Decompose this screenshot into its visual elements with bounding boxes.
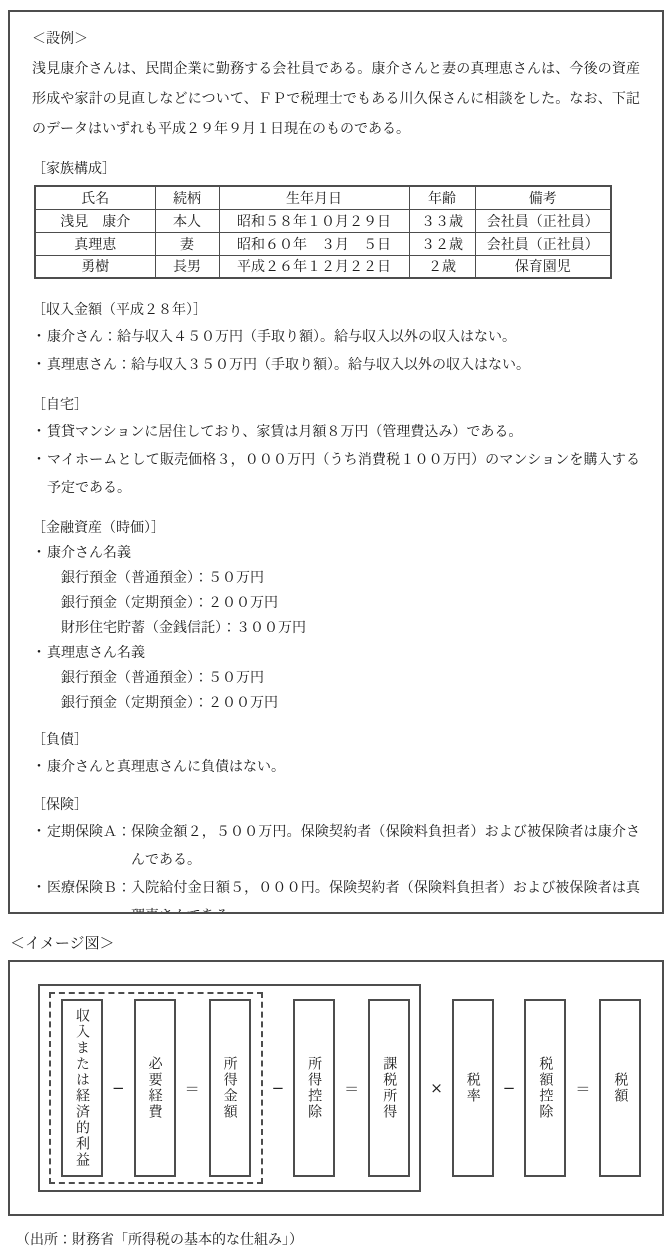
home-item-text: 賃貸マンションに居住しており、家賃は月額８万円（管理費込み）である。 bbox=[47, 418, 640, 446]
diagram-label: ＜イメージ図＞ bbox=[10, 932, 115, 954]
insurance-item-text: 入院給付金日額５，０００円。保険契約者（保険料負担者）および被保険者は真理恵さん… bbox=[131, 874, 640, 914]
debt-section-label: ［負債］ bbox=[32, 727, 640, 753]
assets-owner: ・ 真理恵さん名義 bbox=[32, 641, 640, 666]
member-note: 会社員（正社員） bbox=[475, 209, 611, 232]
bullet-marker: ・ bbox=[32, 418, 47, 446]
assets-section-label: ［金融資産（時価）］ bbox=[32, 515, 640, 541]
member-age: ２歳 bbox=[409, 255, 475, 278]
source-caption: （出所：財務省「所得税の基本的な仕組み」） bbox=[16, 1228, 303, 1252]
bullet-marker: ・ bbox=[32, 753, 47, 781]
bullet-marker: ・ bbox=[32, 323, 47, 351]
document-page: ＜設例＞ 浅見康介さんは、民間企業に勤務する会社員である。康介さんと妻の真理恵さ… bbox=[0, 0, 672, 1259]
member-age: ３３歳 bbox=[409, 209, 475, 232]
income-to-taxable-group-box: 収入または経済的利益 − 必要経費 ＝ 所得金額 − 所得控除 ＝ 課税所得 bbox=[38, 984, 421, 1192]
bullet-marker: ・ bbox=[32, 351, 47, 379]
assets-owner-block: ・ 真理恵さん名義 銀行預金（普通預金）：５０万円 銀行預金（定期預金）：２００… bbox=[32, 641, 640, 716]
insurance-section-label: ［保険］ bbox=[32, 792, 640, 818]
home-item: ・ 賃貸マンションに居住しており、家賃は月額８万円（管理費込み）である。 bbox=[32, 418, 640, 446]
member-birth: 昭和６０年 ３月 ５日 bbox=[219, 232, 409, 255]
assets-account-list: 銀行預金（普通預金）：５０万円 銀行預金（定期預金）：２００万円 財形住宅貯蓄（… bbox=[61, 566, 640, 641]
asset-account: 銀行預金（定期預金）：２００万円 bbox=[61, 691, 640, 716]
diagram-box-income-amount: 所得金額 bbox=[209, 999, 251, 1177]
assets-owner-name: 康介さん名義 bbox=[47, 541, 640, 566]
family-header-birth: 生年月日 bbox=[219, 186, 409, 209]
member-note: 会社員（正社員） bbox=[475, 232, 611, 255]
home-item: ・ マイホームとして販売価格３，０００万円（うち消費税１００万円）のマンションを… bbox=[32, 446, 640, 502]
bullet-marker: ・ bbox=[32, 446, 47, 502]
asset-account: 銀行預金（定期預金）：２００万円 bbox=[61, 591, 640, 616]
operator-equals: ＝ bbox=[344, 1078, 359, 1099]
member-relation: 妻 bbox=[155, 232, 219, 255]
assets-owner-name: 真理恵さん名義 bbox=[47, 641, 640, 666]
assets-owner: ・ 康介さん名義 bbox=[32, 541, 640, 566]
member-birth: 平成２６年１２月２２日 bbox=[219, 255, 409, 278]
operator-minus: − bbox=[112, 1079, 125, 1097]
income-calculation-dashed-box: 収入または経済的利益 − 必要経費 ＝ 所得金額 bbox=[49, 992, 263, 1184]
member-age: ３２歳 bbox=[409, 232, 475, 255]
family-table-row: 勇樹 長男 平成２６年１２月２２日 ２歳 保育園児 bbox=[35, 255, 611, 278]
operator-equals: ＝ bbox=[575, 1078, 590, 1099]
bullet-marker: ・ bbox=[32, 541, 47, 566]
operator-minus: − bbox=[503, 1079, 516, 1097]
family-section-label: ［家族構成］ bbox=[32, 156, 640, 182]
member-name: 真理恵 bbox=[35, 232, 155, 255]
family-table-row: 真理恵 妻 昭和６０年 ３月 ５日 ３２歳 会社員（正社員） bbox=[35, 232, 611, 255]
tax-flow-diagram: 収入または経済的利益 − 必要経費 ＝ 所得金額 − 所得控除 ＝ 課税所得 ×… bbox=[8, 960, 664, 1216]
bullet-marker: ・ bbox=[32, 818, 47, 874]
diagram-box-taxable-income: 課税所得 bbox=[368, 999, 410, 1177]
case-study-box: ＜設例＞ 浅見康介さんは、民間企業に勤務する会社員である。康介さんと妻の真理恵さ… bbox=[8, 10, 664, 914]
diagram-box-income: 収入または経済的利益 bbox=[61, 999, 103, 1177]
asset-account: 財形住宅貯蓄（金銭信託）：３００万円 bbox=[61, 616, 640, 641]
operator-multiply: × bbox=[430, 1079, 443, 1097]
case-study-intro: 浅見康介さんは、民間企業に勤務する会社員である。康介さんと妻の真理恵さんは、今後… bbox=[32, 54, 640, 144]
debt-item: ・ 康介さんと真理恵さんに負債はない。 bbox=[32, 753, 640, 781]
home-section-label: ［自宅］ bbox=[32, 392, 640, 418]
member-birth: 昭和５８年１０月２９日 bbox=[219, 209, 409, 232]
family-table-row: 浅見 康介 本人 昭和５８年１０月２９日 ３３歳 会社員（正社員） bbox=[35, 209, 611, 232]
family-header-note: 備考 bbox=[475, 186, 611, 209]
income-item-text: 康介さん：給与収入４５０万円（手取り額）。給与収入以外の収入はない。 bbox=[47, 323, 640, 351]
family-table: 氏名 続柄 生年月日 年齢 備考 浅見 康介 本人 昭和５８年１０月２９日 ３３… bbox=[34, 185, 612, 279]
operator-minus: − bbox=[272, 1079, 285, 1097]
home-item-text: マイホームとして販売価格３，０００万円（うち消費税１００万円）のマンションを購入… bbox=[47, 446, 640, 502]
assets-owner-block: ・ 康介さん名義 銀行預金（普通預金）：５０万円 銀行預金（定期預金）：２００万… bbox=[32, 541, 640, 641]
family-header-relation: 続柄 bbox=[155, 186, 219, 209]
insurance-item-label: 定期保険Ａ： bbox=[47, 818, 131, 874]
member-note: 保育園児 bbox=[475, 255, 611, 278]
member-name: 勇樹 bbox=[35, 255, 155, 278]
bullet-marker: ・ bbox=[32, 641, 47, 666]
family-table-header-row: 氏名 続柄 生年月日 年齢 備考 bbox=[35, 186, 611, 209]
assets-account-list: 銀行預金（普通預金）：５０万円 銀行預金（定期預金）：２００万円 bbox=[61, 666, 640, 716]
income-section-label: ［収入金額（平成２８年）］ bbox=[32, 297, 640, 323]
diagram-box-tax-credit: 税額控除 bbox=[524, 999, 566, 1177]
family-header-age: 年齢 bbox=[409, 186, 475, 209]
insurance-item: ・ 医療保険Ｂ： 入院給付金日額５，０００円。保険契約者（保険料負担者）および被… bbox=[32, 874, 640, 914]
income-item: ・ 康介さん：給与収入４５０万円（手取り額）。給与収入以外の収入はない。 bbox=[32, 323, 640, 351]
insurance-item-label: 医療保険Ｂ： bbox=[47, 874, 131, 914]
diagram-box-tax-amount: 税額 bbox=[599, 999, 641, 1177]
insurance-item-text: 保険金額２，５００万円。保険契約者（保険料負担者）および被保険者は康介さんである… bbox=[131, 818, 640, 874]
diagram-box-tax-rate: 税率 bbox=[452, 999, 494, 1177]
insurance-item: ・ 定期保険Ａ： 保険金額２，５００万円。保険契約者（保険料負担者）および被保険… bbox=[32, 818, 640, 874]
operator-equals: ＝ bbox=[185, 1078, 200, 1099]
diagram-box-necessary-expense: 必要経費 bbox=[134, 999, 176, 1177]
member-relation: 本人 bbox=[155, 209, 219, 232]
bullet-marker: ・ bbox=[32, 874, 47, 914]
debt-item-text: 康介さんと真理恵さんに負債はない。 bbox=[47, 753, 640, 781]
diagram-box-income-deduction: 所得控除 bbox=[293, 999, 335, 1177]
asset-account: 銀行預金（普通預金）：５０万円 bbox=[61, 566, 640, 591]
member-name: 浅見 康介 bbox=[35, 209, 155, 232]
income-item-text: 真理恵さん：給与収入３５０万円（手取り額）。給与収入以外の収入はない。 bbox=[47, 351, 640, 379]
asset-account: 銀行預金（普通預金）：５０万円 bbox=[61, 666, 640, 691]
income-item: ・ 真理恵さん：給与収入３５０万円（手取り額）。給与収入以外の収入はない。 bbox=[32, 351, 640, 379]
member-relation: 長男 bbox=[155, 255, 219, 278]
case-study-title: ＜設例＞ bbox=[32, 24, 640, 54]
family-header-name: 氏名 bbox=[35, 186, 155, 209]
